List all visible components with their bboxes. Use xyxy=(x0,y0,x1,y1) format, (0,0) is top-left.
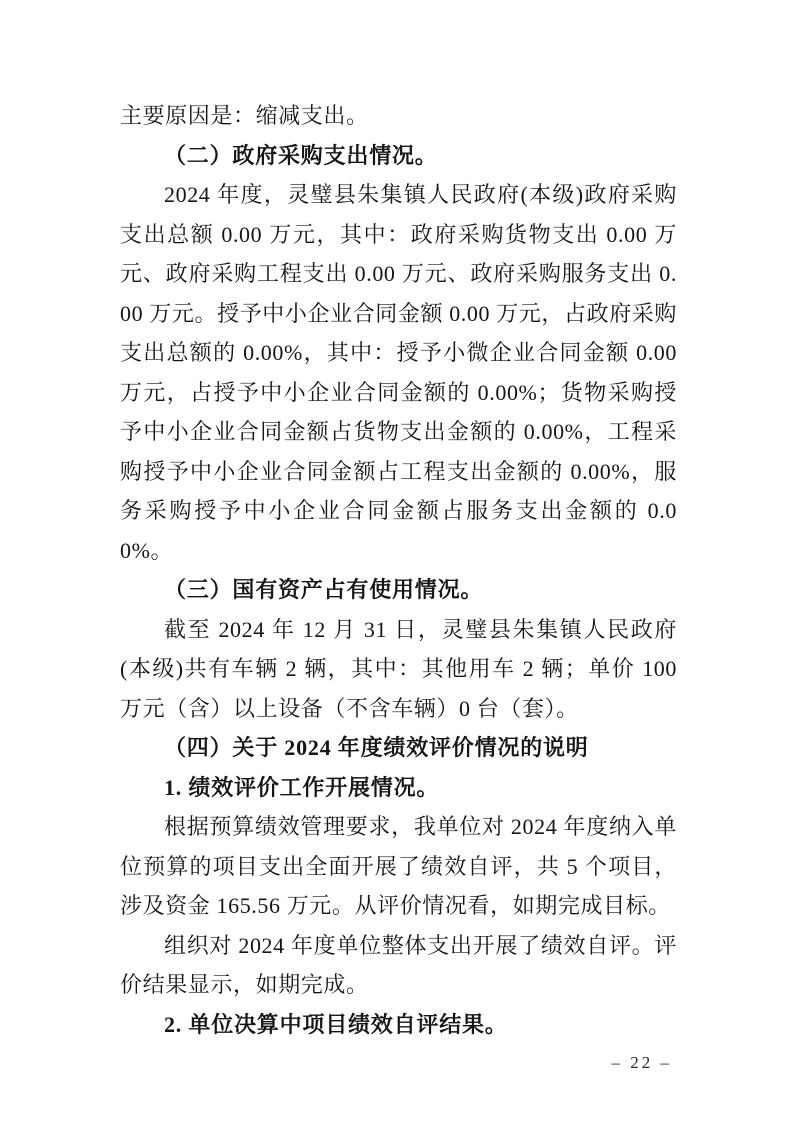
paragraph-overall-self-evaluation: 组织对 2024 年度单位整体支出开展了绩效自评。评价结果显示，如期完成。 xyxy=(120,926,677,1005)
document-body: 主要原因是：缩减支出。 （二）政府采购支出情况。 2024 年度，灵璧县朱集镇人… xyxy=(120,96,677,1044)
paragraph-procurement-details: 2024 年度，灵璧县朱集镇人民政府(本级)政府采购支出总额 0.00 万元，其… xyxy=(120,175,677,570)
subheading-1-evaluation-work: 1. 绩效评价工作开展情况。 xyxy=(120,768,677,808)
carryover-paragraph: 主要原因是：缩减支出。 xyxy=(120,96,677,136)
page-number: – 22 – xyxy=(612,1051,673,1075)
heading-section-3-state-assets: （三）国有资产占有使用情况。 xyxy=(120,570,677,610)
paragraph-project-self-evaluation: 根据预算绩效管理要求，我单位对 2024 年度纳入单位预算的项目支出全面开展了绩… xyxy=(120,807,677,926)
heading-section-4-performance-evaluation: （四）关于 2024 年度绩效评价情况的说明 xyxy=(120,728,677,768)
subheading-2-project-results: 2. 单位决算中项目绩效自评结果。 xyxy=(120,1005,677,1045)
paragraph-state-assets-details: 截至 2024 年 12 月 31 日，灵璧县朱集镇人民政府(本级)共有车辆 2… xyxy=(120,610,677,729)
document-page: 主要原因是：缩减支出。 （二）政府采购支出情况。 2024 年度，灵璧县朱集镇人… xyxy=(0,0,793,1122)
heading-section-2-gov-procurement: （二）政府采购支出情况。 xyxy=(120,136,677,176)
